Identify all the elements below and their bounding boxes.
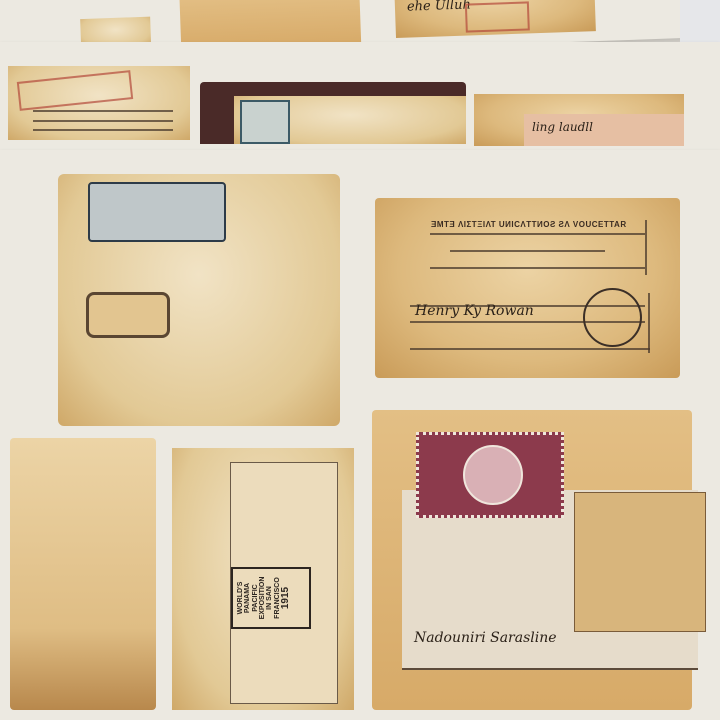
- expo-stamp: WORLD'S PANAMA PACIFIC EXPOSITION IN SAN…: [231, 567, 311, 629]
- ephemera-envelope: [8, 66, 190, 140]
- postmark-circle: [583, 288, 642, 347]
- handwriting-top-note: ehe Ulluh: [407, 0, 471, 15]
- address-line: [33, 120, 173, 122]
- ephemera-book-cover: [200, 82, 466, 144]
- tan-stamp: [86, 292, 170, 338]
- red-postmark: [17, 70, 133, 111]
- handwriting-signature: Nadouniri Sarasline: [414, 630, 557, 646]
- form-line: [410, 348, 650, 350]
- blue-label: [240, 100, 290, 144]
- form-line: [430, 267, 645, 269]
- postage-stamp: [416, 432, 564, 518]
- expo-stamp-line: 1915: [281, 569, 292, 627]
- ephemera-expo-card: WORLD'S PANAMA PACIFIC EXPOSITION IN SAN…: [172, 448, 354, 710]
- handwriting-right-scrap: ling laudll: [532, 120, 593, 134]
- expo-stamp-line: PANAMA PACIFIC: [244, 569, 259, 627]
- expo-stamp-line: WORLD'S: [237, 569, 244, 627]
- form-line: [450, 250, 605, 252]
- ephemera-stamped-card: [58, 174, 340, 426]
- middle-sheet: ling laudll: [0, 42, 720, 162]
- form-line: [645, 220, 647, 275]
- ephemera-collage: Nadouniri Sarasline: [372, 410, 692, 710]
- telegram-handwriting: Henry Ky Rowan: [415, 303, 534, 319]
- ephemera-card: ling laudll: [474, 94, 684, 146]
- telegram-header: ƎMTƎ ΛIΣΤΞΙΛΤ UИICΛTTИOƧ ƧΛ VOUCETTAR: [431, 220, 627, 229]
- square-paper: [574, 492, 706, 632]
- address-line: [33, 129, 173, 131]
- expo-stamp-line: EXPOSITION: [259, 569, 266, 627]
- red-postmark: [465, 1, 530, 32]
- form-line: [648, 293, 650, 353]
- pink-note: ling laudll: [524, 114, 684, 146]
- expo-stamp-line: IN SAN FRANCISCO: [266, 569, 281, 627]
- address-line: [33, 110, 173, 112]
- blue-stamp: [88, 182, 226, 242]
- ephemera-telegram: ƎMTƎ ΛIΣΤΞΙΛΤ UИICΛTTИOƧ ƧΛ VOUCETTAR He…: [375, 198, 680, 378]
- ephemera-envelope-tall: [10, 438, 156, 710]
- form-line: [430, 233, 645, 235]
- front-sheet: ntage Ephemera Set #2 ƎMTƎ ΛIΣΤΞΙΛΤ UИIC…: [0, 150, 720, 720]
- ephemera-letter: ehe Ulluh: [394, 0, 596, 38]
- postage-globe: [463, 445, 523, 505]
